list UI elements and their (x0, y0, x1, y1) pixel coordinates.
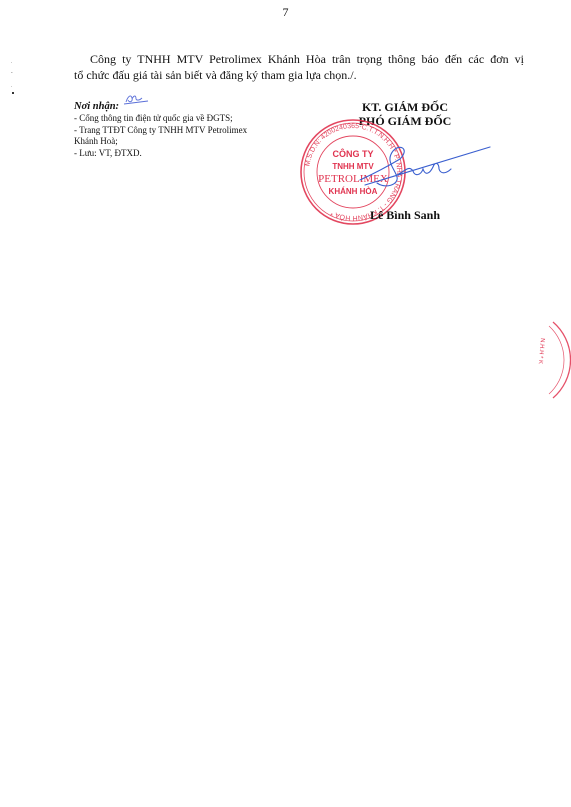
recipient-item: Khánh Hoà; (74, 136, 304, 148)
handwritten-signature-icon (355, 135, 495, 195)
recipient-item: - Trang TTĐT Công ty TNHH MTV Petrolimex (74, 125, 304, 137)
partial-seal-edge-icon: N.H.H * K (535, 320, 571, 400)
closing-paragraph: Công ty TNHH MTV Petrolimex Khánh Hòa tr… (74, 51, 524, 83)
signature-title-line1: KT. GIÁM ĐỐC (330, 100, 480, 114)
closing-line-2: tổ chức đấu giá tài sản biết và đăng ký … (74, 67, 524, 83)
signer-name: Lê Bình Sanh (330, 208, 480, 223)
initials-mark-icon (122, 92, 150, 106)
recipients-title: Nơi nhận: (74, 100, 304, 113)
recipient-item: - Lưu: VT, ĐTXD. (74, 148, 304, 160)
closing-line-1: Công ty TNHH MTV Petrolimex Khánh Hòa tr… (74, 51, 524, 67)
seal-edge-text: N.H.H * K (537, 338, 545, 364)
page-number: 7 (0, 5, 571, 20)
recipient-item: - Cổng thông tin điện tử quốc gia về ĐGT… (74, 113, 304, 125)
margin-marks (8, 60, 18, 100)
recipients-block: Nơi nhận: - Cổng thông tin điện tử quốc … (74, 100, 304, 159)
